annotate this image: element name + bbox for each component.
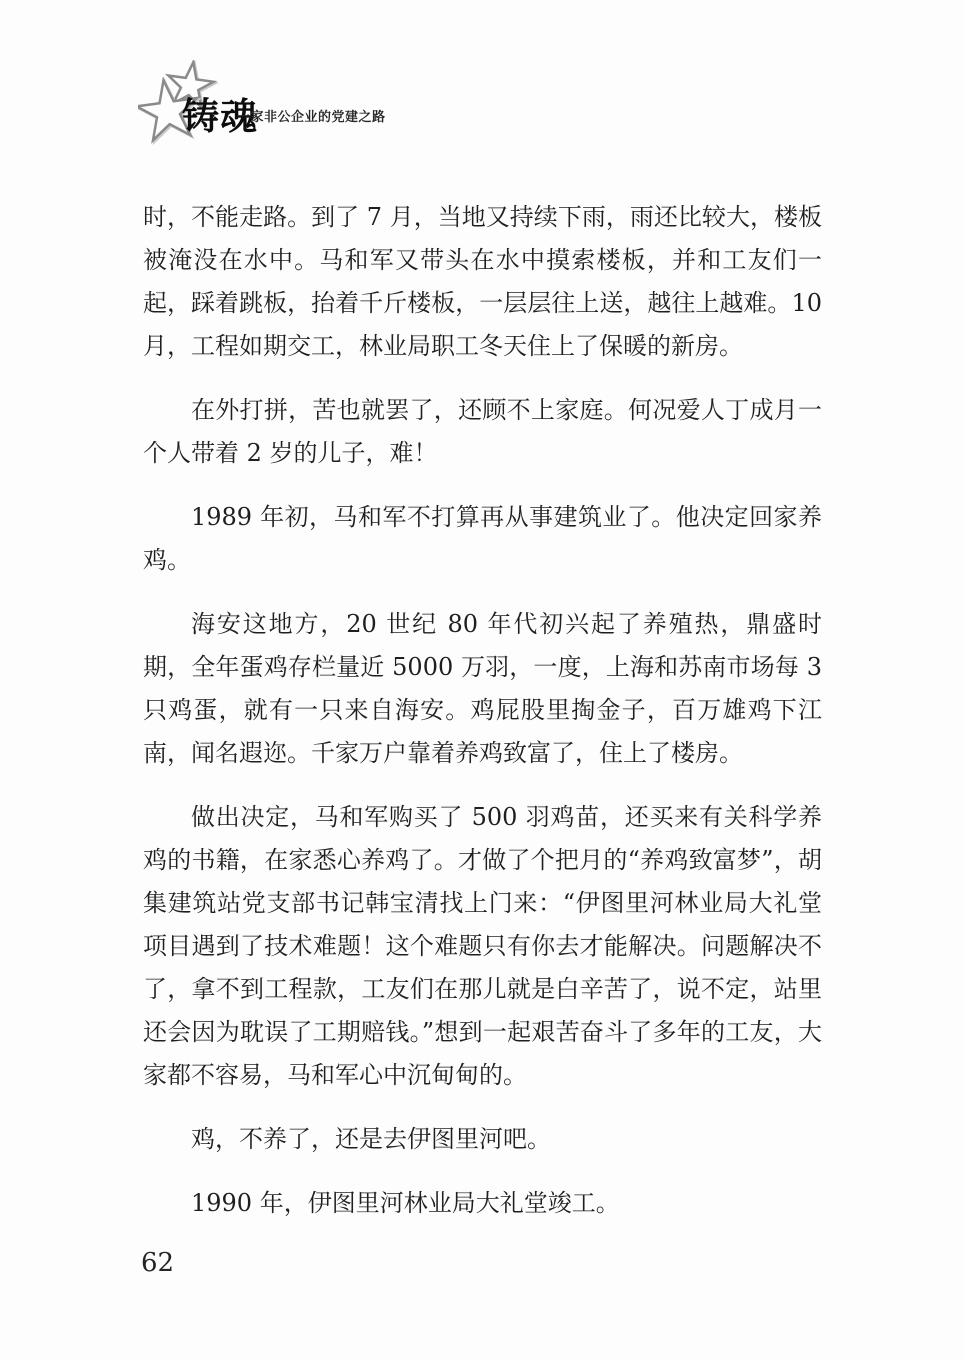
page-number: 62 [141, 1250, 174, 1276]
paragraph: 做出决定，马和军购买了 500 羽鸡苗，还买来有关科学养鸡的书籍，在家悉心养鸡了… [143, 796, 822, 1097]
paragraph: 在外打拼，苦也就罢了，还顾不上家庭。何况爱人丁成月一个人带着 2 岁的儿子，难！ [143, 389, 822, 475]
paragraph: 时，不能走路。到了 7 月，当地又持续下雨，雨还比较大，楼板被淹没在水中。马和军… [143, 196, 822, 368]
paragraph: 海安这地方，20 世纪 80 年代初兴起了养殖热，鼎盛时期，全年蛋鸡存栏量近 5… [143, 603, 822, 775]
paragraph: 鸡，不养了，还是去伊图里河吧。 [143, 1118, 822, 1161]
paragraph: 1990 年，伊图里河林业局大礼堂竣工。 [143, 1182, 822, 1225]
body-text: 时，不能走路。到了 7 月，当地又持续下雨，雨还比较大，楼板被淹没在水中。马和军… [143, 196, 822, 1246]
book-page: 铸魂 一家非公企业的党建之路 时，不能走路。到了 7 月，当地又持续下雨，雨还比… [0, 0, 964, 1361]
header-logo: 铸魂 一家非公企业的党建之路 [138, 60, 558, 150]
paragraph: 1989 年初，马和军不打算再从事建筑业了。他决定回家养鸡。 [143, 496, 822, 582]
logo-subtitle: 一家非公企业的党建之路 [237, 111, 386, 124]
